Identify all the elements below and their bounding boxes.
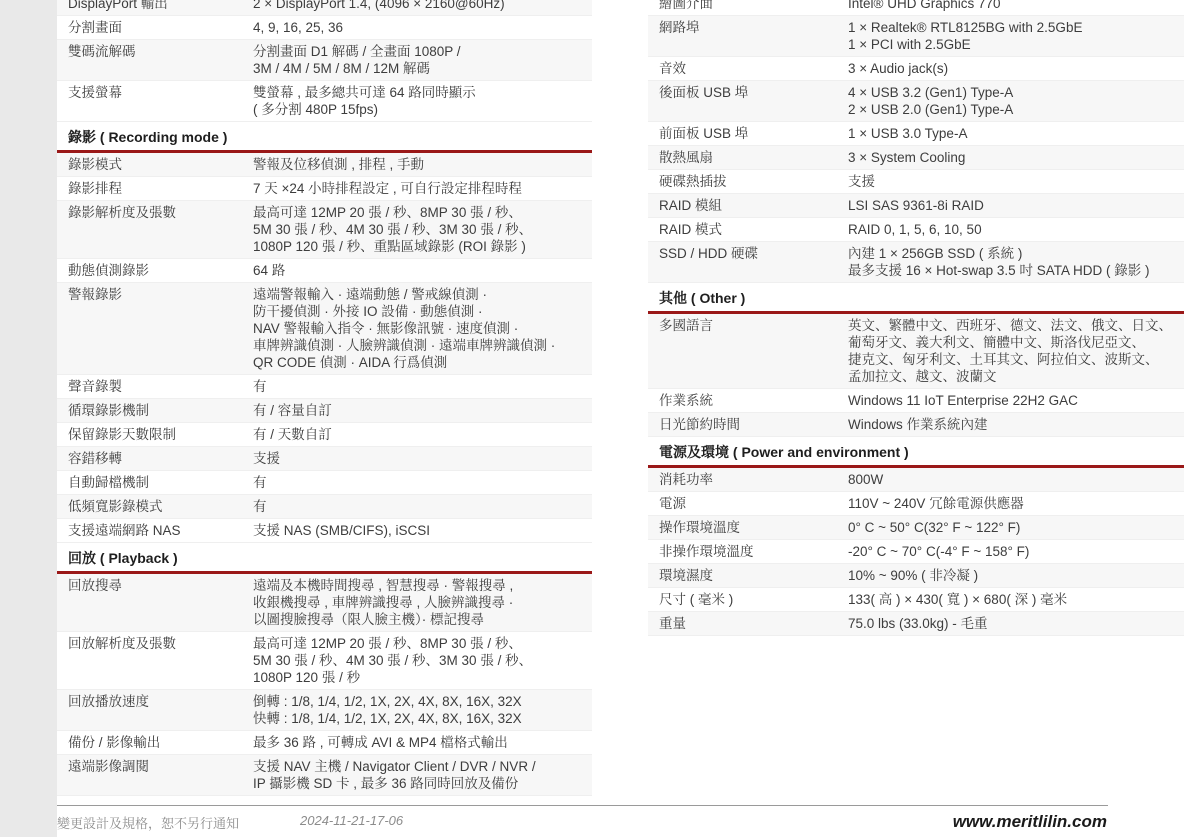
spec-row: 繪圖介面Intel® UHD Graphics 770: [648, 0, 1184, 16]
spec-label: 低頻寬影錄模式: [57, 498, 253, 515]
spec-row: 尺寸 ( 毫米 )133( 高 ) × 430( 寬 ) × 680( 深 ) …: [648, 588, 1184, 612]
footer-divider: [57, 805, 1108, 806]
spec-row: 重量75.0 lbs (33.0kg) - 毛重: [648, 612, 1184, 636]
spec-label: 作業系統: [648, 392, 848, 409]
spec-row: 前面板 USB 埠1 × USB 3.0 Type-A: [648, 122, 1184, 146]
spec-value: 支援 NAV 主機 / Navigator Client / DVR / NVR…: [253, 758, 592, 792]
spec-label: 動態偵測錄影: [57, 262, 253, 279]
section-header: 錄影 ( Recording mode ): [57, 122, 592, 153]
spec-value: 最多 36 路 , 可轉成 AVI & MP4 檔格式輸出: [253, 734, 592, 751]
spec-label: 遠端影像調閱: [57, 758, 253, 775]
spec-row: 容錯移轉支援: [57, 447, 592, 471]
spec-value: 有 / 天數自訂: [253, 426, 592, 443]
spec-value: 4, 9, 16, 25, 36: [253, 19, 592, 36]
spec-value: 有: [253, 498, 592, 515]
spec-value: 110V ~ 240V 冗餘電源供應器: [848, 495, 1184, 512]
spec-table-right: 繪圖介面Intel® UHD Graphics 770網路埠1 × Realte…: [648, 0, 1184, 636]
spec-label: 支援遠端網路 NAS: [57, 522, 253, 539]
spec-label: SSD / HDD 硬碟: [648, 245, 848, 262]
spec-label: 聲音錄製: [57, 378, 253, 395]
spec-label: 操作環境溫度: [648, 519, 848, 536]
footer-date: 2024-11-21-17-06: [300, 813, 403, 828]
spec-row: 錄影解析度及張數最高可達 12MP 20 張 / 秒、8MP 30 張 / 秒、…: [57, 201, 592, 259]
spec-label: RAID 模式: [648, 221, 848, 238]
spec-row: 支援螢幕雙螢幕 , 最多總共可達 64 路同時顯示 ( 多分割 480P 15f…: [57, 81, 592, 122]
spec-row: 電源110V ~ 240V 冗餘電源供應器: [648, 492, 1184, 516]
spec-value: 警報及位移偵測 , 排程 , 手動: [253, 156, 592, 173]
spec-value: 2 × DisplayPort 1.4, (4096 × 2160@60Hz): [253, 0, 592, 12]
spec-value: Windows 11 IoT Enterprise 22H2 GAC: [848, 392, 1184, 409]
spec-row: 動態偵測錄影64 路: [57, 259, 592, 283]
spec-row: 備份 / 影像輸出最多 36 路 , 可轉成 AVI & MP4 檔格式輸出: [57, 731, 592, 755]
spec-row: 回放搜尋遠端及本機時間搜尋 , 智慧搜尋 · 警報搜尋 , 收銀機搜尋 , 車牌…: [57, 574, 592, 632]
spec-label: 支援螢幕: [57, 84, 253, 101]
spec-value: 1 × USB 3.0 Type-A: [848, 125, 1184, 142]
spec-label: 自動歸檔機制: [57, 474, 253, 491]
spec-label: 環境濕度: [648, 567, 848, 584]
spec-label: 回放解析度及張數: [57, 635, 253, 652]
spec-row: 環境濕度10% ~ 90% ( 非冷凝 ): [648, 564, 1184, 588]
spec-value: 最高可達 12MP 20 張 / 秒、8MP 30 張 / 秒、 5M 30 張…: [253, 635, 592, 686]
spec-value: -20° C ~ 70° C(-4° F ~ 158° F): [848, 543, 1184, 560]
spec-row: 消耗功率800W: [648, 468, 1184, 492]
spec-row: RAID 模組LSI SAS 9361-8i RAID: [648, 194, 1184, 218]
spec-label: 容錯移轉: [57, 450, 253, 467]
spec-row: 低頻寬影錄模式有: [57, 495, 592, 519]
spec-value: 800W: [848, 471, 1184, 488]
spec-value: 133( 高 ) × 430( 寬 ) × 680( 深 ) 毫米: [848, 591, 1184, 608]
spec-label: 後面板 USB 埠: [648, 84, 848, 101]
spec-row: 日光節約時間Windows 作業系統內建: [648, 413, 1184, 437]
spec-label: 網路埠: [648, 19, 848, 36]
spec-label: 繪圖介面: [648, 0, 848, 12]
spec-label: 散熱風扇: [648, 149, 848, 166]
spec-row: 非操作環境溫度-20° C ~ 70° C(-4° F ~ 158° F): [648, 540, 1184, 564]
spec-label: 警報錄影: [57, 286, 253, 303]
spec-label: 錄影模式: [57, 156, 253, 173]
spec-row: 多國語言英文、繁體中文、西班牙、德文、法文、俄文、日文、 葡萄牙文、義大利文、簡…: [648, 314, 1184, 389]
spec-row: 聲音錄製有: [57, 375, 592, 399]
spec-value: 3 × Audio jack(s): [848, 60, 1184, 77]
spec-row: 雙碼流解碼分割畫面 D1 解碼 / 全畫面 1080P / 3M / 4M / …: [57, 40, 592, 81]
spec-label: 錄影排程: [57, 180, 253, 197]
spec-value: 7 天 ×24 小時排程設定 , 可自行設定排程時程: [253, 180, 592, 197]
spec-row: 回放解析度及張數最高可達 12MP 20 張 / 秒、8MP 30 張 / 秒、…: [57, 632, 592, 690]
spec-row: RAID 模式RAID 0, 1, 5, 6, 10, 50: [648, 218, 1184, 242]
spec-value: RAID 0, 1, 5, 6, 10, 50: [848, 221, 1184, 238]
spec-row: 回放播放速度倒轉 : 1/8, 1/4, 1/2, 1X, 2X, 4X, 8X…: [57, 690, 592, 731]
spec-row: 分割畫面4, 9, 16, 25, 36: [57, 16, 592, 40]
spec-row: 作業系統Windows 11 IoT Enterprise 22H2 GAC: [648, 389, 1184, 413]
page-left-margin-strip: [0, 0, 57, 837]
spec-value: 英文、繁體中文、西班牙、德文、法文、俄文、日文、 葡萄牙文、義大利文、簡體中文、…: [848, 317, 1184, 385]
spec-row: 網路埠1 × Realtek® RTL8125BG with 2.5GbE 1 …: [648, 16, 1184, 57]
section-header: 回放 ( Playback ): [57, 543, 592, 574]
spec-value: 64 路: [253, 262, 592, 279]
footer-website-link[interactable]: www.meritlilin.com: [953, 812, 1107, 832]
spec-label: 分割畫面: [57, 19, 253, 36]
spec-label: 硬碟熱插拔: [648, 173, 848, 190]
spec-value: LSI SAS 9361-8i RAID: [848, 197, 1184, 214]
spec-label: 音效: [648, 60, 848, 77]
spec-value: 0° C ~ 50° C(32° F ~ 122° F): [848, 519, 1184, 536]
spec-value: 支援: [848, 173, 1184, 190]
spec-row: 警報錄影遠端警報輸入 · 遠端動態 / 警戒線偵測 · 防干擾偵測 · 外接 I…: [57, 283, 592, 375]
spec-label: 消耗功率: [648, 471, 848, 488]
spec-value: Intel® UHD Graphics 770: [848, 0, 1184, 12]
spec-label: 前面板 USB 埠: [648, 125, 848, 142]
spec-row: 自動歸檔機制有: [57, 471, 592, 495]
spec-value: 最高可達 12MP 20 張 / 秒、8MP 30 張 / 秒、 5M 30 張…: [253, 204, 592, 255]
spec-value: 支援 NAS (SMB/CIFS), iSCSI: [253, 522, 592, 539]
section-header: 其他 ( Other ): [648, 283, 1184, 314]
spec-label: 非操作環境溫度: [648, 543, 848, 560]
spec-row: 遠端影像調閱支援 NAV 主機 / Navigator Client / DVR…: [57, 755, 592, 796]
spec-row: 錄影模式警報及位移偵測 , 排程 , 手動: [57, 153, 592, 177]
spec-label: 錄影解析度及張數: [57, 204, 253, 221]
spec-label: 備份 / 影像輸出: [57, 734, 253, 751]
spec-value: 遠端警報輸入 · 遠端動態 / 警戒線偵測 · 防干擾偵測 · 外接 IO 設備…: [253, 286, 592, 371]
section-header: 電源及環境 ( Power and environment ): [648, 437, 1184, 468]
spec-label: RAID 模組: [648, 197, 848, 214]
spec-row: 保留錄影天數限制有 / 天數自訂: [57, 423, 592, 447]
spec-table-left: DisplayPort 輸出2 × DisplayPort 1.4, (4096…: [57, 0, 592, 796]
spec-value: 支援: [253, 450, 592, 467]
spec-value: 有 / 容量自訂: [253, 402, 592, 419]
spec-value: 75.0 lbs (33.0kg) - 毛重: [848, 615, 1184, 632]
spec-value: Windows 作業系統內建: [848, 416, 1184, 433]
spec-label: 電源: [648, 495, 848, 512]
spec-value: 倒轉 : 1/8, 1/4, 1/2, 1X, 2X, 4X, 8X, 16X,…: [253, 693, 592, 727]
spec-label: 尺寸 ( 毫米 ): [648, 591, 848, 608]
spec-row: 操作環境溫度0° C ~ 50° C(32° F ~ 122° F): [648, 516, 1184, 540]
spec-value: 遠端及本機時間搜尋 , 智慧搜尋 · 警報搜尋 , 收銀機搜尋 , 車牌辨識搜尋…: [253, 577, 592, 628]
spec-value: 有: [253, 474, 592, 491]
spec-label: 雙碼流解碼: [57, 43, 253, 60]
spec-value: 4 × USB 3.2 (Gen1) Type-A 2 × USB 2.0 (G…: [848, 84, 1184, 118]
spec-label: 回放播放速度: [57, 693, 253, 710]
footer-disclaimer: 變更設計及規格，恕不另行通知: [57, 813, 239, 832]
spec-label: 重量: [648, 615, 848, 632]
spec-value: 10% ~ 90% ( 非冷凝 ): [848, 567, 1184, 584]
spec-row: DisplayPort 輸出2 × DisplayPort 1.4, (4096…: [57, 0, 592, 16]
spec-row: 錄影排程7 天 ×24 小時排程設定 , 可自行設定排程時程: [57, 177, 592, 201]
spec-value: 雙螢幕 , 最多總共可達 64 路同時顯示 ( 多分割 480P 15fps): [253, 84, 592, 118]
spec-label: 回放搜尋: [57, 577, 253, 594]
spec-value: 有: [253, 378, 592, 395]
spec-value: 1 × Realtek® RTL8125BG with 2.5GbE 1 × P…: [848, 19, 1184, 53]
spec-row: 音效3 × Audio jack(s): [648, 57, 1184, 81]
spec-value: 分割畫面 D1 解碼 / 全畫面 1080P / 3M / 4M / 5M / …: [253, 43, 592, 77]
spec-value: 3 × System Cooling: [848, 149, 1184, 166]
spec-row: 硬碟熱插拔支援: [648, 170, 1184, 194]
spec-row: SSD / HDD 硬碟內建 1 × 256GB SSD ( 系統 ) 最多支援…: [648, 242, 1184, 283]
spec-row: 支援遠端網路 NAS支援 NAS (SMB/CIFS), iSCSI: [57, 519, 592, 543]
spec-label: 多國語言: [648, 317, 848, 334]
spec-label: 循環錄影機制: [57, 402, 253, 419]
spec-label: DisplayPort 輸出: [57, 0, 253, 12]
spec-row: 循環錄影機制有 / 容量自訂: [57, 399, 592, 423]
spec-label: 日光節約時間: [648, 416, 848, 433]
spec-value: 內建 1 × 256GB SSD ( 系統 ) 最多支援 16 × Hot-sw…: [848, 245, 1184, 279]
spec-label: 保留錄影天數限制: [57, 426, 253, 443]
spec-row: 散熱風扇3 × System Cooling: [648, 146, 1184, 170]
spec-row: 後面板 USB 埠4 × USB 3.2 (Gen1) Type-A 2 × U…: [648, 81, 1184, 122]
